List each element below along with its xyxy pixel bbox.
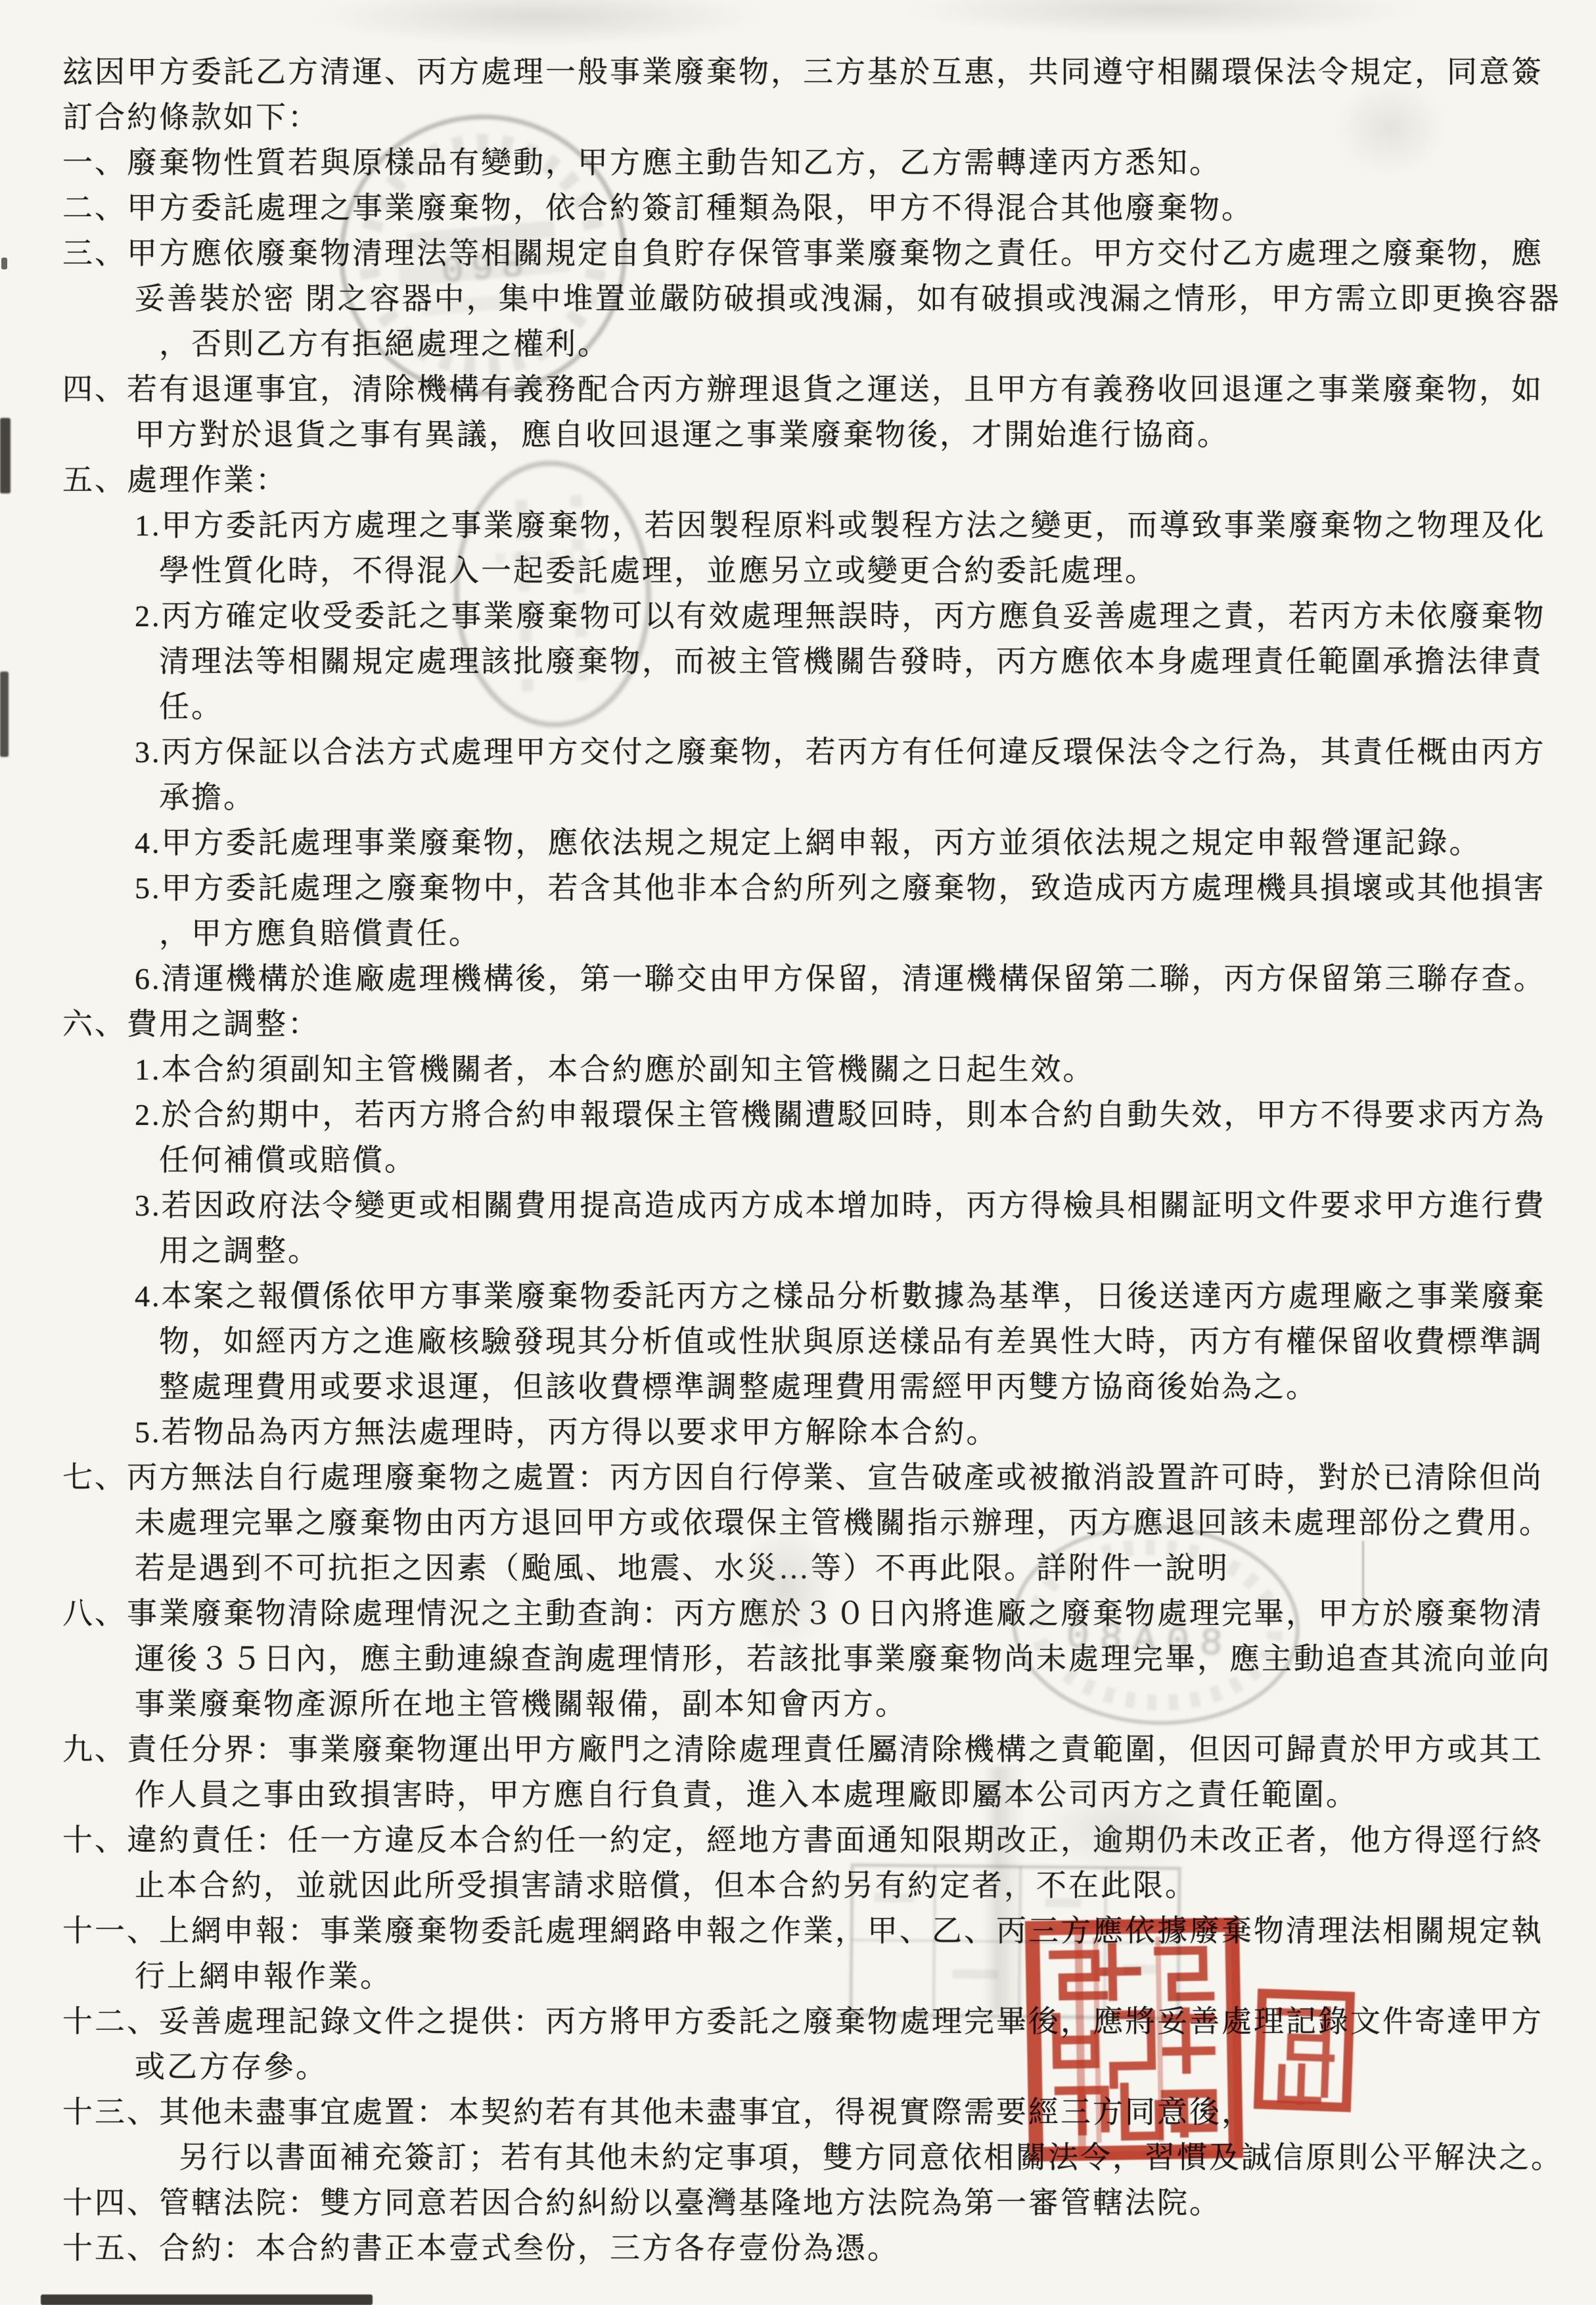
contract-line: 4.本案之報價係依甲方事業廢棄物委託丙方之樣品分析數據為基準，日後送達丙方處理廠…	[0, 1273, 1596, 1319]
contract-line: 九、責任分界：事業廢棄物運出甲方廠門之清除處理責任屬清除機構之責範圍，但因可歸責…	[0, 1727, 1596, 1772]
contract-line: 任。	[0, 684, 1596, 729]
contract-line: 玆因甲方委託乙方清運、丙方處理一般事業廢棄物，三方基於互惠，共同遵守相關環保法令…	[0, 49, 1596, 95]
contract-line: 整處理費用或要求退運，但該收費標準調整處理費用需經甲丙雙方協商後始為之。	[0, 1364, 1596, 1409]
contract-line: 未處理完畢之廢棄物由丙方退回甲方或依環保主管機關指示辦理，丙方應退回該未處理部份…	[0, 1500, 1596, 1545]
contract-line: 學性質化時，不得混入一起委託處理，並應另立或變更合約委託處理。	[0, 548, 1596, 593]
bottom-edge-bar	[41, 2294, 373, 2305]
contract-line: 物，如經丙方之進廠核驗發現其分析值或性狀與原送樣品有差異性大時，丙方有權保留收費…	[0, 1319, 1596, 1364]
contract-line: 十五、合約：本合約書正本壹式叁份，三方各存壹份為憑。	[0, 2225, 1596, 2271]
contract-line: 事業廢棄物產源所在地主管機關報備，副本知會丙方。	[0, 1681, 1596, 1727]
contract-line: 1.本合約須副知主管機關者，本合約應於副知主管機關之日起生效。	[0, 1047, 1596, 1092]
contract-line: 2.丙方確定收受委託之事業廢棄物可以有效處理無誤時，丙方應負妥善處理之責，若丙方…	[0, 593, 1596, 639]
contract-line: 十、違約責任：任一方違反本合約任一約定，經地方書面通知限期改正，逾期仍未改正者，…	[0, 1817, 1596, 1863]
scan-smudge	[907, 0, 1419, 36]
contract-line: 十二、妥善處理記錄文件之提供：丙方將甲方委託之廢棄物處理完畢後，應將妥善處理記錄…	[0, 1999, 1596, 2044]
contract-line: 二、甲方委託處理之事業廢棄物，依合約簽訂種類為限，甲方不得混合其他廢棄物。	[0, 185, 1596, 231]
contract-line: 3.若因政府法令變更或相關費用提高造成丙方成本增加時，丙方得檢具相關証明文件要求…	[0, 1183, 1596, 1228]
contract-line: 2.於合約期中，若丙方將合約申報環保主管機關遭駁回時，則本合約自動失效，甲方不得…	[0, 1092, 1596, 1137]
scanned-contract-page: { "page": { "background_color": "#f7f5f0…	[0, 0, 1596, 2305]
contract-line: 八、事業廢棄物清除處理情況之主動查詢：丙方應於３０日內將進廠之廢棄物處理完畢，甲…	[0, 1591, 1596, 1636]
contract-line: 若是遇到不可抗拒之因素（颱風、地震、水災…等）不再此限。詳附件一說明	[0, 1545, 1596, 1591]
contract-line: 運後３５日內，應主動連線查詢處理情形，若該批事業廢棄物尚未處理完畢，應主動追查其…	[0, 1636, 1596, 1681]
contract-line: 十三、其他未盡事宜處置：本契約若有其他未盡事宜，得視實際需要經三方同意後，	[0, 2089, 1596, 2135]
contract-line: 四、若有退運事宜，清除機構有義務配合丙方辦理退貨之運送，且甲方有義務收回退運之事…	[0, 367, 1596, 412]
contract-line: 五、處理作業：	[0, 457, 1596, 503]
contract-line: 一、廢棄物性質若與原樣品有變動，甲方應主動告知乙方，乙方需轉達丙方悉知。	[0, 140, 1596, 185]
contract-line: 作人員之事由致損害時，甲方應自行負責，進入本處理廠即屬本公司丙方之責任範圍。	[0, 1772, 1596, 1817]
contract-line: 妥善裝於密 閉之容器中，集中堆置並嚴防破損或洩漏，如有破損或洩漏之情形，甲方需立…	[0, 276, 1596, 321]
contract-line: 承擔。	[0, 775, 1596, 820]
contract-line: 1.甲方委託丙方處理之事業廢棄物，若因製程原料或製程方法之變更，而導致事業廢棄物…	[0, 503, 1596, 548]
contract-line: 5.若物品為丙方無法處理時，丙方得以要求甲方解除本合約。	[0, 1409, 1596, 1455]
contract-line: 6.清運機構於進廠處理機構後，第一聯交由甲方保留，清運機構保留第二聯，丙方保留第…	[0, 956, 1596, 1001]
contract-line: 十四、管轄法院：雙方同意若因合約糾紛以臺灣基隆地方法院為第一審管轄法院。	[0, 2180, 1596, 2225]
contract-line: 4.甲方委託處理事業廢棄物，應依法規之規定上網申報，丙方並須依法規之規定申報營運…	[0, 820, 1596, 865]
contract-line: 訂合約條款如下：	[0, 95, 1596, 140]
contract-line: ，否則乙方有拒絕處理之權利。	[0, 321, 1596, 367]
contract-line: ，甲方應負賠償責任。	[0, 911, 1596, 956]
contract-line: 清理法等相關規定處理該批廢棄物，而被主管機關告發時，丙方應依本身處理責任範圍承擔…	[0, 639, 1596, 684]
contract-line: 用之調整。	[0, 1228, 1596, 1273]
contract-line: 3.丙方保証以合法方式處理甲方交付之廢棄物，若丙方有任何違反環保法令之行為，其責…	[0, 729, 1596, 775]
contract-line: 三、甲方應依廢棄物清理法等相關規定自負貯存保管事業廢棄物之責任。甲方交付乙方處理…	[0, 231, 1596, 276]
contract-line: 或乙方存參。	[0, 2044, 1596, 2089]
contract-line: 止本合約，並就因此所受損害請求賠償，但本合約另有約定者，不在此限。	[0, 1863, 1596, 1908]
contract-line: 七、丙方無法自行處理廢棄物之處置：丙方因自行停業、宣告破產或被撤消設置許可時，對…	[0, 1455, 1596, 1500]
contract-line: 另行以書面補充簽訂；若有其他未約定事項，雙方同意依相關法令，習慣及誠信原則公平解…	[0, 2135, 1596, 2180]
contract-line: 行上網申報作業。	[0, 1953, 1596, 1999]
scan-smudge	[315, 0, 762, 46]
contract-line: 甲方對於退貨之事有異議，應自收回退運之事業廢棄物後，才開始進行協商。	[0, 412, 1596, 457]
contract-line: 5.甲方委託處理之廢棄物中，若含其他非本合約所列之廢棄物，致造成丙方處理機具損壞…	[0, 865, 1596, 911]
contract-line: 十一、上網申報：事業廢棄物委託處理網路申報之作業，甲、乙、丙三方應依據廢棄物清理…	[0, 1908, 1596, 1953]
contract-line: 任何補償或賠償。	[0, 1137, 1596, 1183]
contract-line: 六、費用之調整：	[0, 1001, 1596, 1047]
